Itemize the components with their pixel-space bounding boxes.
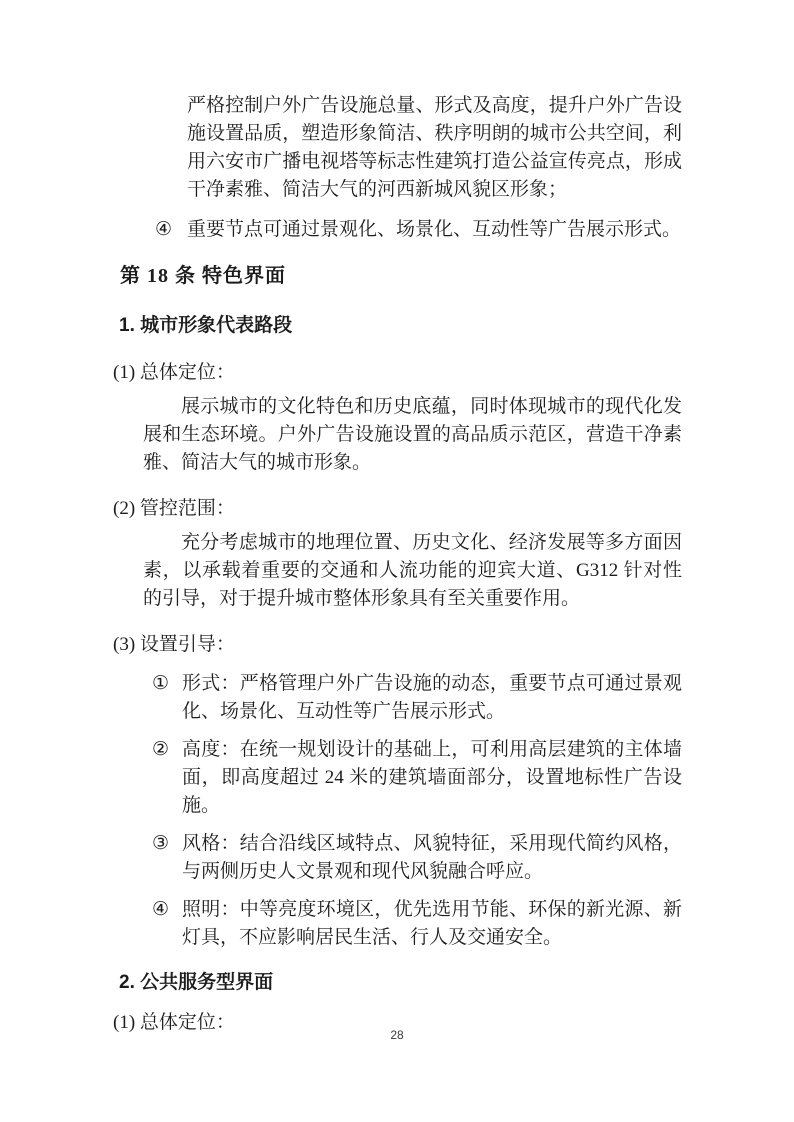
article-heading: 第 18 条 特色界面 <box>120 261 682 291</box>
guide-item-2: ② 高度：在统一规划设计的基础上，可利用高层建筑的主体墙面，即高度超过 24 米… <box>152 736 682 820</box>
guide-item-2-marker: ② <box>152 736 182 764</box>
guide-item-3-text: 风格：结合沿线区域特点、风貌特征，采用现代简约风格，与两侧历史人文景观和现代风貌… <box>182 830 682 886</box>
list-item: ④ 重要节点可通过景观化、场景化、互动性等广告展示形式。 <box>155 216 682 244</box>
guide-item-4-marker: ④ <box>152 896 182 924</box>
guide-item-2-text: 高度：在统一规划设计的基础上，可利用高层建筑的主体墙面，即高度超过 24 米的建… <box>182 736 682 820</box>
section-1-title: 1. 城市形象代表路段 <box>119 311 682 341</box>
guide-item-4: ④ 照明：中等亮度环境区，优先选用节能、环保的新光源、新灯具，不应影响居民生活、… <box>152 896 682 952</box>
subsection-2-label: (2) 管控范围： <box>113 494 682 524</box>
guide-item-1: ① 形式：严格管理户外广告设施的动态，重要节点可通过景观化、场景化、互动性等广告… <box>152 670 682 726</box>
list-item-marker: ④ <box>155 216 187 244</box>
subsection-2-paragraph: 充分考虑城市的地理位置、历史文化、经济发展等多方面因素，以承载着重要的交通和人流… <box>143 529 682 613</box>
guide-item-3: ③ 风格：结合沿线区域特点、风貌特征，采用现代简约风格，与两侧历史人文景观和现代… <box>152 830 682 886</box>
section-2-title: 2. 公共服务型界面 <box>119 968 682 998</box>
guide-item-1-marker: ① <box>152 670 182 698</box>
intro-paragraph: 严格控制户外广告设施总量、形式及高度，提升户外广告设施设置品质，塑造形象简洁、秩… <box>187 92 682 204</box>
guide-item-1-text: 形式：严格管理户外广告设施的动态，重要节点可通过景观化、场景化、互动性等广告展示… <box>182 670 682 726</box>
page-number: 28 <box>0 1028 794 1042</box>
list-item-text: 重要节点可通过景观化、场景化、互动性等广告展示形式。 <box>187 216 682 244</box>
document-page: 严格控制户外广告设施总量、形式及高度，提升户外广告设施设置品质，塑造形象简洁、秩… <box>0 0 794 1122</box>
subsection-1-label: (1) 总体定位： <box>113 358 682 388</box>
subsection-1-paragraph: 展示城市的文化特色和历史底蕴，同时体现城市的现代化发展和生态环境。户外广告设施设… <box>143 393 682 477</box>
subsection-3-label: (3) 设置引导： <box>113 630 682 660</box>
guide-item-3-marker: ③ <box>152 830 182 858</box>
guide-item-4-text: 照明：中等亮度环境区，优先选用节能、环保的新光源、新灯具，不应影响居民生活、行人… <box>182 896 682 952</box>
